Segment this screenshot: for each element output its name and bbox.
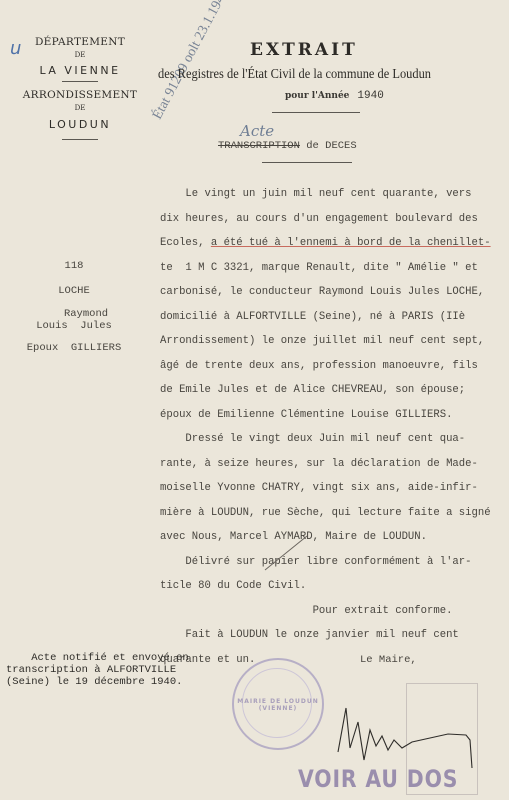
department-name: LA VIENNE [22,64,138,77]
margin-entry-given2: Louis Jules [18,320,130,332]
year-label: pour l'Année [285,91,349,101]
body-line: quarante et un. [160,648,491,673]
arrondissement-de: DE [22,104,138,112]
body-line: Ecoles, [160,237,211,249]
document-subtitle: des Registres de l'État Civil de la comm… [158,66,431,82]
body-line: âgé de trente deux ans, profession manoe… [160,354,491,379]
divider [262,162,352,163]
divider [62,139,98,140]
ornament-rule [272,112,360,113]
margin-pencil-mark: u [10,38,21,59]
body-line: Dressé le vingt deux Juin mil neuf cent … [160,427,491,452]
document-page: u État 91209 oolt 23.1.1947 DÉPARTEMENT … [0,0,509,800]
seal-text: MAIRIE DE LOUDUN (VIENNE) [234,698,322,712]
body-line: moiselle Yvonne CHATRY, vingt six ans, a… [160,476,491,501]
margin-entry-number: 118 [18,260,130,272]
department-de: DE [22,51,138,59]
margin-entry-surname: LOCHE [18,285,130,297]
year-value: 1940 [357,90,383,102]
pencil-slash-mark [262,532,312,574]
handwritten-acte: Acte [240,122,274,140]
body-line: Arrondissement) le onze juillet mil neuf… [160,329,491,354]
body-line: Fait à LOUDUN le onze janvier mil neuf c… [160,623,491,648]
body-line: époux de Emilienne Clémentine Louise GIL… [160,403,491,428]
body-line: Délivré sur papier libre conformément à … [160,550,491,575]
act-type: TRANSCRIPTION de DECES [218,140,357,152]
mayor-signature [330,700,480,770]
act-type-struck: TRANSCRIPTION [218,140,300,152]
divider [62,81,98,82]
voir-au-dos-stamp: VOIR AU DOS [298,765,458,793]
body-line: avec Nous, Marcel AYMARD, Maire de LOUDU… [160,525,491,550]
arrondissement-name: LOUDUN [22,118,138,131]
body-line: dix heures, au cours d'un engagement bou… [160,207,491,232]
body-line: rante, à seize heures, sur la déclaratio… [160,452,491,477]
year-line: pour l'Année1940 [285,90,384,102]
body-line: ticle 80 du Code Civil. [160,574,491,599]
mairie-seal-stamp: MAIRIE DE LOUDUN (VIENNE) [232,658,324,750]
act-type-rest: de DECES [306,140,356,152]
department-header: DÉPARTEMENT DE LA VIENNE ARRONDISSEMENT … [22,36,138,140]
underlined-phrase: a été tué à l'ennemi à bord de la chenil… [211,237,491,249]
body-line: de Emile Jules et de Alice CHEVREAU, son… [160,378,491,403]
handwritten-archive-note: État 91209 oolt 23.1.1947 [150,0,233,123]
body-line: mière à LOUDUN, rue Sèche, qui lecture f… [160,501,491,526]
document-title: EXTRAIT [250,40,358,60]
body-line: Pour extrait conforme. [160,599,491,624]
body-line: Le vingt un juin mil neuf cent quarante,… [160,182,491,207]
arrondissement-label: ARRONDISSEMENT [22,89,138,101]
body-line: te 1 M C 3321, marque Renault, dite " Am… [160,256,491,281]
department-label: DÉPARTEMENT [22,36,138,48]
margin-entry-spouse: Epoux GILLIERS [18,342,130,354]
margin-entry-given1: Raymond [30,308,142,320]
body-line: carbonisé, le conducteur Raymond Louis J… [160,280,491,305]
notification-note: Acte notifié et envoyé en transcription … [6,652,189,688]
act-body: Le vingt un juin mil neuf cent quarante,… [160,182,491,672]
maire-label: Le Maire, [360,654,417,666]
body-line: domicilié à ALFORTVILLE (Seine), né à PA… [160,305,491,330]
